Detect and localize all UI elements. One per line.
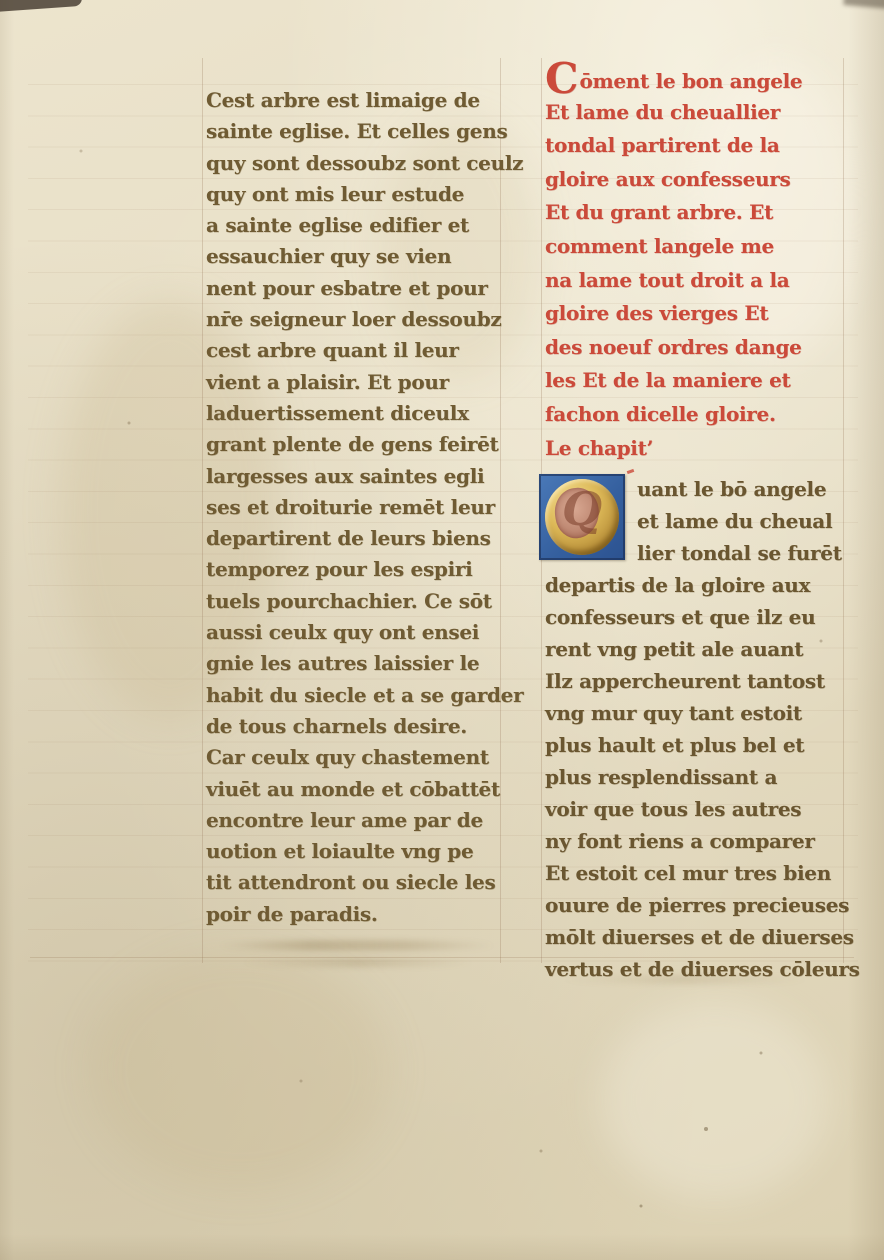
manuscript-line: largesses aux saintes egli xyxy=(206,461,506,492)
rubric-line: fachon dicelle gloire. xyxy=(545,398,850,432)
manuscript-line: Et estoit cel mur tres bien xyxy=(545,857,850,889)
manuscript-line: temporez pour les espiri xyxy=(206,554,506,585)
manuscript-line: aussi ceulx quy ont ensei xyxy=(206,617,506,648)
rubric-line: des noeuf ordres dange xyxy=(545,331,850,365)
chapter-indented-lines: et lame du cheuallier tondal se furēt xyxy=(545,505,850,569)
manuscript-line: quy sont dessoubz sont ceulz xyxy=(206,148,506,179)
rubric-line: na lame tout droit a la xyxy=(545,264,850,298)
page-edge-shadow-right xyxy=(848,0,884,1260)
manuscript-line: plus resplendissant a xyxy=(545,761,850,793)
manuscript-line: vient a plaisir. Et pour xyxy=(206,367,506,398)
manuscript-line: tuels pourchachier. Ce sōt xyxy=(206,586,506,617)
manuscript-line: viuēt au monde et cōbattēt xyxy=(206,774,506,805)
manuscript-line: habit du siecle et a se garder xyxy=(206,680,506,711)
rubric-text-block: Cōment le bon angele Et lame du cheualli… xyxy=(545,62,850,465)
manuscript-line: rent vng petit ale auant xyxy=(545,633,850,665)
rubric-first-line: Cōment le bon angele xyxy=(545,62,850,96)
rubric-first-line-text: ōment le bon angele xyxy=(579,69,802,93)
rubric-lines: Et lame du cheualliertondal partirent de… xyxy=(545,96,850,466)
rubric-line: les Et de la maniere et xyxy=(545,364,850,398)
manuscript-line: ny font riens a comparer xyxy=(545,825,850,857)
rubric-line: comment langele me xyxy=(545,230,850,264)
chapter-first-line-text: uant le bō angele xyxy=(637,477,826,501)
manuscript-line: departirent de leurs biens xyxy=(206,523,506,554)
manuscript-line: Car ceulx quy chastement xyxy=(206,742,506,773)
manuscript-line: nent pour esbatre et pour xyxy=(206,273,506,304)
manuscript-line: lier tondal se furēt xyxy=(637,537,850,569)
rubric-line: gloire aux confesseurs xyxy=(545,163,850,197)
binding-corner-top-left xyxy=(0,0,82,12)
chapter-text-block: uant le bō angele et lame du cheuallier … xyxy=(545,473,850,985)
manuscript-line: cest arbre quant il leur xyxy=(206,335,506,366)
manuscript-line: laduertissement diceulx xyxy=(206,398,506,429)
manuscript-line: de tous charnels desire. xyxy=(206,711,506,742)
chapter-lines: departis de la gloire auxconfesseurs et … xyxy=(545,569,850,985)
column-rule-left xyxy=(202,58,203,963)
manuscript-line: sainte eglise. Et celles gens xyxy=(206,116,506,147)
manuscript-line: voir que tous les autres xyxy=(545,793,850,825)
manuscript-line: nr̄e seigneur loer dessoubz xyxy=(206,304,506,335)
manuscript-line: vng mur quy tant estoit xyxy=(545,697,850,729)
rubric-line: Et du grant arbre. Et xyxy=(545,196,850,230)
rubric-line: Le chapit’ xyxy=(545,432,850,466)
left-text-column: Cest arbre est limaige desainte eglise. … xyxy=(206,85,506,930)
manuscript-line: ouure de pierres precieuses xyxy=(545,889,850,921)
manuscript-line: Ilz appercheurent tantost xyxy=(545,665,850,697)
manuscript-line: confesseurs et que ilz eu xyxy=(545,601,850,633)
manuscript-line: grant plente de gens feirēt xyxy=(206,429,506,460)
manuscript-line: poir de paradis. xyxy=(206,899,506,930)
manuscript-line: gnie les autres laissier le xyxy=(206,648,506,679)
manuscript-line: vertus et de diuerses cōleurs xyxy=(545,953,850,985)
verso-show-through xyxy=(240,958,475,967)
manuscript-line: et lame du cheual xyxy=(637,505,850,537)
chapter-first-line: uant le bō angele xyxy=(637,473,850,505)
manuscript-line: tit attendront ou siecle les xyxy=(206,867,506,898)
manuscript-line: essauchier quy se vien xyxy=(206,241,506,272)
verso-show-through xyxy=(218,940,496,951)
manuscript-line: plus hault et plus bel et xyxy=(545,729,850,761)
page-edge-shadow-left xyxy=(0,0,14,1260)
manuscript-line: departis de la gloire aux xyxy=(545,569,850,601)
parchment-stain xyxy=(90,950,390,1190)
rubric-line: gloire des vierges Et xyxy=(545,297,850,331)
manuscript-line: uotion et loiaulte vng pe xyxy=(206,836,506,867)
manuscript-line: ses et droiturie remēt leur xyxy=(206,492,506,523)
manuscript-line: quy ont mis leur estude xyxy=(206,179,506,210)
rubric-line: Et lame du cheuallier xyxy=(545,96,850,130)
manuscript-page: Cest arbre est limaige desainte eglise. … xyxy=(0,0,884,1260)
manuscript-line: a sainte eglise edifier et xyxy=(206,210,506,241)
manuscript-line: Cest arbre est limaige de xyxy=(206,85,506,116)
manuscript-line: encontre leur ame par de xyxy=(206,805,506,836)
parchment-highlight xyxy=(600,1000,830,1200)
manuscript-line: mōlt diuerses et de diuerses xyxy=(545,921,850,953)
rubric-line: tondal partirent de la xyxy=(545,129,850,163)
page-edge-shadow-bottom xyxy=(0,1234,884,1260)
